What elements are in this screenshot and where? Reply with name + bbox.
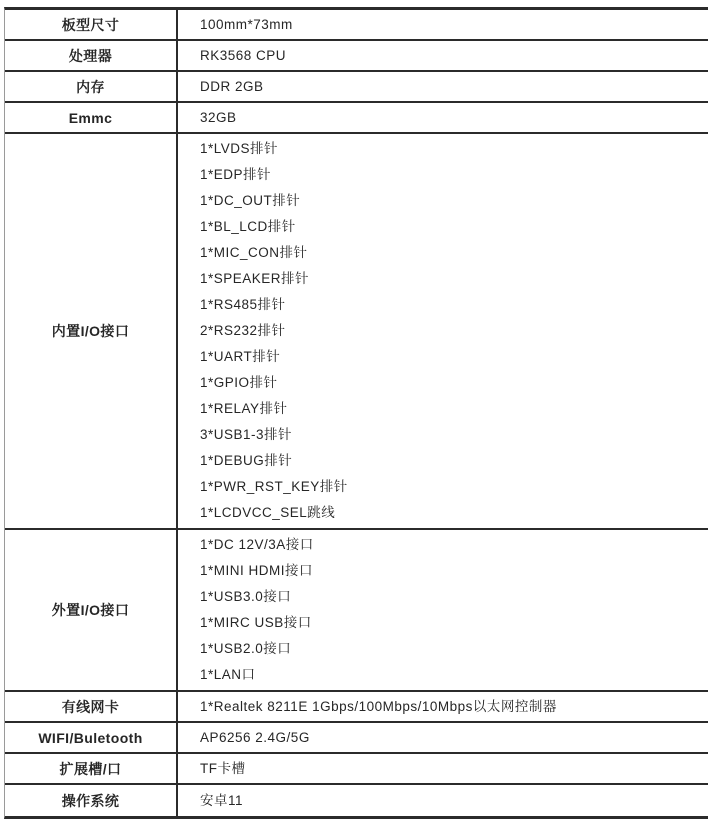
spec-value-line: AP6256 2.4G/5G [200, 725, 700, 751]
spec-value-line: TF卡槽 [200, 756, 700, 782]
spec-value-cell: RK3568 CPU [176, 41, 708, 70]
spec-label-cell: 扩展槽/口 [5, 754, 176, 783]
spec-value-line: 1*DEBUG排针 [200, 448, 700, 474]
spec-row: 操作系统 安卓11 [5, 785, 708, 816]
spec-value-cell: 安卓11 [176, 785, 708, 816]
spec-value-cell: 32GB [176, 103, 708, 132]
spec-value-line: 2*RS232排针 [200, 318, 700, 344]
spec-value-line: 1*BL_LCD排针 [200, 214, 700, 240]
spec-value-line: 1*MIRC USB接口 [200, 610, 700, 636]
spec-value-cell: 1*DC 12V/3A接口1*MINI HDMI接口1*USB3.0接口1*MI… [176, 530, 708, 690]
spec-table: 板型尺寸 100mm*73mm 处理器 RK3568 CPU 内存 DDR 2G… [4, 7, 708, 819]
spec-value-line: 1*EDP排针 [200, 162, 700, 188]
spec-value-line: DDR 2GB [200, 74, 700, 100]
spec-value-line: RK3568 CPU [200, 43, 700, 69]
spec-row: 内置I/O接口 1*LVDS排针1*EDP排针1*DC_OUT排针1*BL_LC… [5, 134, 708, 530]
spec-value-line: 1*USB3.0接口 [200, 584, 700, 610]
spec-value-line: 1*LCDVCC_SEL跳线 [200, 500, 700, 526]
spec-sheet-page: 板型尺寸 100mm*73mm 处理器 RK3568 CPU 内存 DDR 2G… [0, 0, 718, 826]
spec-value-cell: 1*LVDS排针1*EDP排针1*DC_OUT排针1*BL_LCD排针1*MIC… [176, 134, 708, 528]
spec-value-line: 1*MIC_CON排针 [200, 240, 700, 266]
spec-label: 有线网卡 [62, 697, 120, 717]
spec-value-line: 1*RS485排针 [200, 292, 700, 318]
spec-value-line: 1*USB2.0接口 [200, 636, 700, 662]
spec-row: 处理器 RK3568 CPU [5, 41, 708, 72]
spec-row: 外置I/O接口 1*DC 12V/3A接口1*MINI HDMI接口1*USB3… [5, 530, 708, 692]
spec-label-cell: 板型尺寸 [5, 10, 176, 39]
spec-label-cell: WIFI/Buletooth [5, 723, 176, 752]
spec-row: 有线网卡 1*Realtek 8211E 1Gbps/100Mbps/10Mbp… [5, 692, 708, 723]
spec-value-line: 32GB [200, 105, 700, 131]
spec-value-line: 1*MINI HDMI接口 [200, 558, 700, 584]
spec-row: 扩展槽/口 TF卡槽 [5, 754, 708, 785]
spec-value-cell: 1*Realtek 8211E 1Gbps/100Mbps/10Mbps以太网控… [176, 692, 708, 721]
spec-label-cell: 操作系统 [5, 785, 176, 816]
spec-value-line: 1*DC_OUT排针 [200, 188, 700, 214]
spec-value-line: 安卓11 [200, 788, 700, 814]
spec-label-cell: 有线网卡 [5, 692, 176, 721]
spec-value-line: 1*DC 12V/3A接口 [200, 532, 700, 558]
spec-label: WIFI/Buletooth [38, 730, 142, 746]
spec-label: 处理器 [69, 46, 112, 66]
spec-value-line: 1*RELAY排针 [200, 396, 700, 422]
spec-label: 扩展槽/口 [60, 759, 122, 779]
spec-label: Emmc [69, 110, 113, 126]
spec-label: 外置I/O接口 [52, 600, 129, 620]
spec-value-cell: 100mm*73mm [176, 10, 708, 39]
spec-value-cell: AP6256 2.4G/5G [176, 723, 708, 752]
spec-value-line: 1*PWR_RST_KEY排针 [200, 474, 700, 500]
spec-value-line: 1*LAN口 [200, 662, 700, 688]
spec-label-cell: 处理器 [5, 41, 176, 70]
spec-label-cell: 内存 [5, 72, 176, 101]
spec-label: 操作系统 [62, 791, 120, 811]
spec-row: 内存 DDR 2GB [5, 72, 708, 103]
spec-value-line: 1*SPEAKER排针 [200, 266, 700, 292]
spec-value-line: 3*USB1-3排针 [200, 422, 700, 448]
spec-value-line: 1*LVDS排针 [200, 136, 700, 162]
spec-value-cell: DDR 2GB [176, 72, 708, 101]
spec-value-cell: TF卡槽 [176, 754, 708, 783]
spec-row: Emmc 32GB [5, 103, 708, 134]
spec-label: 板型尺寸 [62, 15, 120, 35]
spec-label-cell: 内置I/O接口 [5, 134, 176, 528]
spec-row: 板型尺寸 100mm*73mm [5, 10, 708, 41]
spec-value-line: 1*GPIO排针 [200, 370, 700, 396]
spec-value-line: 100mm*73mm [200, 12, 700, 38]
spec-row: WIFI/Buletooth AP6256 2.4G/5G [5, 723, 708, 754]
spec-value-line: 1*Realtek 8211E 1Gbps/100Mbps/10Mbps以太网控… [200, 694, 700, 720]
spec-label: 内置I/O接口 [52, 321, 129, 341]
spec-label-cell: 外置I/O接口 [5, 530, 176, 690]
spec-label: 内存 [76, 77, 105, 97]
spec-value-line: 1*UART排针 [200, 344, 700, 370]
spec-label-cell: Emmc [5, 103, 176, 132]
